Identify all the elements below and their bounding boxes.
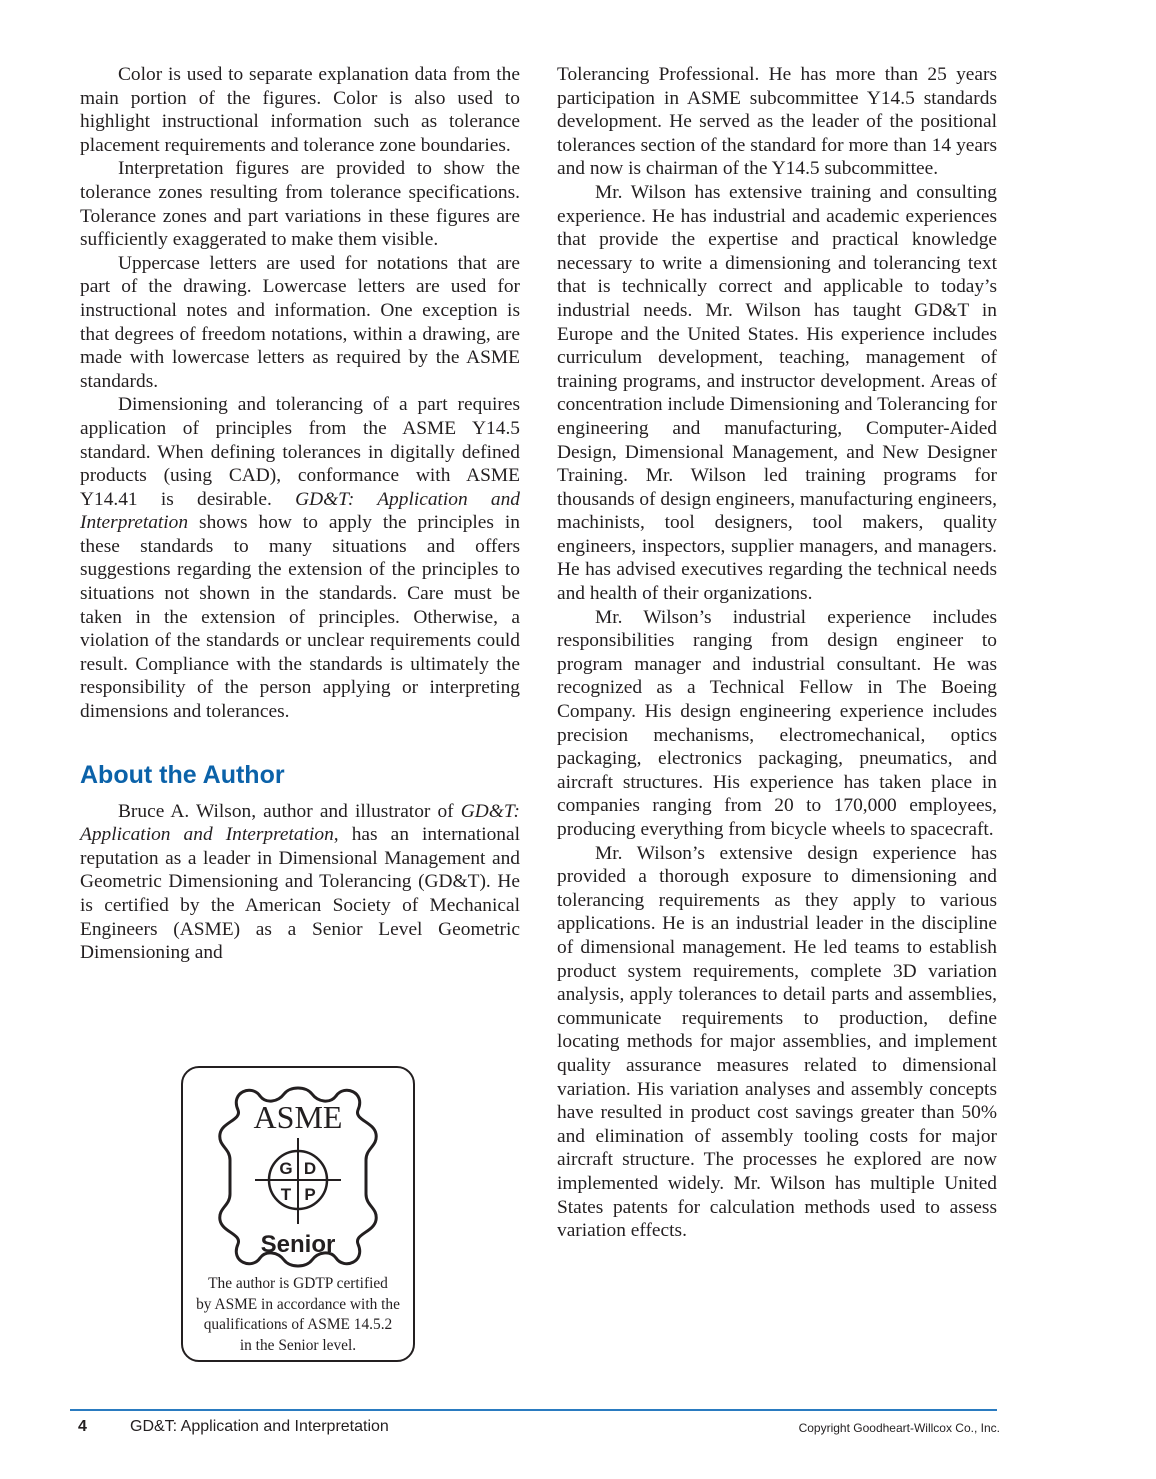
copyright-notice: Copyright Goodheart-Willcox Co., Inc. <box>799 1421 1000 1435</box>
caption-line: qualifications of ASME 14.5.2 <box>183 1315 413 1336</box>
paragraph-continuation: Tolerancing Professional. He has more th… <box>557 63 997 181</box>
right-column: Tolerancing Professional. He has more th… <box>557 63 997 1243</box>
caption-line: in the Senior level. <box>183 1336 413 1357</box>
quadrant-t: T <box>281 1185 292 1204</box>
asme-certification-badge: ASME G D T P Senior The author is GDTP c… <box>181 1066 415 1362</box>
quadrant-g: G <box>279 1159 292 1178</box>
asme-gdtp-senior-logo-icon: ASME G D T P Senior <box>208 1082 388 1272</box>
paragraph-training-experience: Mr. Wilson has extensive training and co… <box>557 181 997 606</box>
paragraph-author-intro: Bruce A. Wilson, author and illustrator … <box>80 800 520 965</box>
paragraph-dimensioning: Dimensioning and tolerancing of a part r… <box>80 393 520 723</box>
paragraph-design-experience: Mr. Wilson’s extensive design experience… <box>557 842 997 1243</box>
paragraph-color-usage: Color is used to separate explanation da… <box>80 63 520 157</box>
page-footer: 4 GD&T: Application and Interpretation C… <box>78 1418 1000 1440</box>
section-heading-about-author: About the Author <box>80 760 520 790</box>
footer-divider <box>70 1409 997 1411</box>
badge-org-text: ASME <box>254 1099 343 1135</box>
footer-book-title: GD&T: Application and Interpretation <box>130 1418 389 1436</box>
caption-line: The author is GDTP certified <box>183 1274 413 1295</box>
paragraph-letter-case: Uppercase letters are used for notations… <box>80 252 520 394</box>
caption-line: by ASME in accordance with the <box>183 1295 413 1316</box>
badge-caption: The author is GDTP certified by ASME in … <box>183 1274 413 1356</box>
page-number: 4 <box>78 1418 87 1436</box>
text-run: Bruce A. Wilson, author and illustrator … <box>118 801 461 822</box>
quadrant-p: P <box>304 1185 315 1204</box>
quadrant-d: D <box>304 1159 316 1178</box>
paragraph-interpretation-figures: Interpretation figures are provided to s… <box>80 157 520 251</box>
badge-level-text: Senior <box>261 1231 336 1258</box>
left-column: Color is used to separate explanation da… <box>80 63 520 965</box>
text-run: shows how to apply the prin­ciples in th… <box>80 512 520 722</box>
paragraph-industrial-experience: Mr. Wilson’s industrial experience inclu… <box>557 606 997 842</box>
